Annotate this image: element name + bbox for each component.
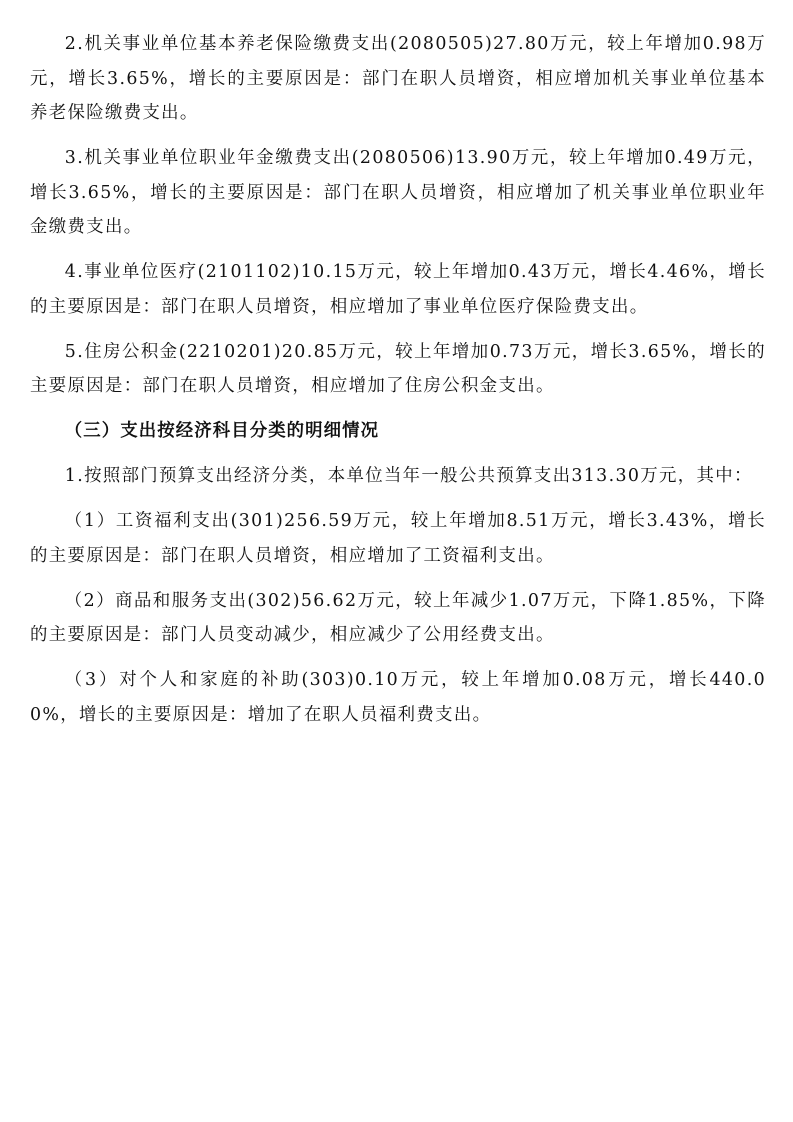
paragraph-household-subsidies: （3）对个人和家庭的补助(303)0.10万元，较上年增加0.08万元，增长44… [30,663,766,732]
document-page: 2.机关事业单位基本养老保险缴费支出(2080505)27.80万元，较上年增加… [30,27,766,743]
paragraph-occupational-annuity: 3.机关事业单位职业年金缴费支出(2080506)13.90万元，较上年增加0.… [30,141,766,245]
paragraph-wages-welfare: （1）工资福利支出(301)256.59万元，较上年增加8.51万元，增长3.4… [30,504,766,573]
section-heading-economic-classification: （三）支出按经济科目分类的明细情况 [30,414,766,449]
paragraph-pension-insurance: 2.机关事业单位基本养老保险缴费支出(2080505)27.80万元，较上年增加… [30,27,766,131]
paragraph-medical-insurance: 4.事业单位医疗(2101102)10.15万元，较上年增加0.43万元，增长4… [30,255,766,324]
paragraph-goods-services: （2）商品和服务支出(302)56.62万元，较上年减少1.07万元，下降1.8… [30,584,766,653]
paragraph-housing-fund: 5.住房公积金(2210201)20.85万元，较上年增加0.73万元，增长3.… [30,335,766,404]
paragraph-total-expenditure: 1.按照部门预算支出经济分类，本单位当年一般公共预算支出313.30万元，其中： [30,459,766,494]
